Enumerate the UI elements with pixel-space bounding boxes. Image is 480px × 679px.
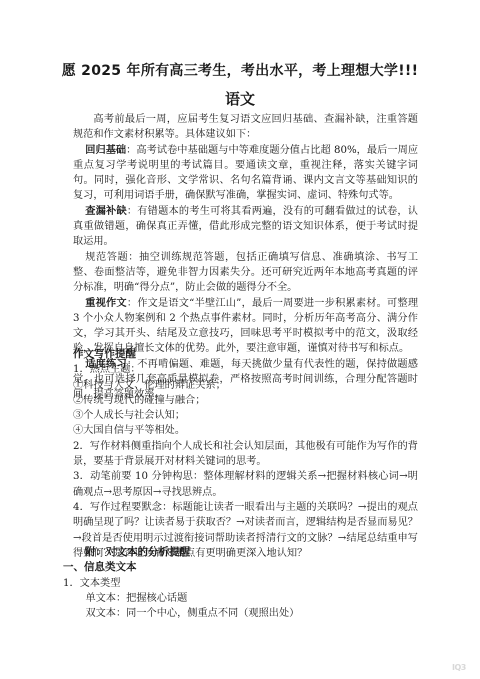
writing-item-2: 2．写作材料侧重指向个人成长和社会认知层面，其他极有可能作为写作的背景，要基于背…	[73, 439, 418, 470]
document-page: 愿 2025 年所有高三考生，考出水平，考上理想大学!!! 语文 高考前最后一周…	[0, 0, 480, 679]
appendix-section: 附：对文本的分析提醒 一、信息类文本 1．文本类型 单文本：把握核心话题 双文本…	[63, 545, 418, 621]
subject-title: 语文	[0, 88, 480, 109]
tip-label: 查漏补缺	[85, 206, 127, 217]
tip-label: 回归基础	[85, 145, 126, 156]
topic-item: ①科技与人文、伦理的辩证关系；	[73, 378, 418, 393]
tip-review-basics: 回归基础：高考试卷中基础题与中等难度题分值占比超 80%，最后一周应重点复习学考…	[73, 143, 418, 204]
writing-title: 作文写作提醒	[73, 347, 418, 362]
tip-label: 重视作文	[85, 298, 127, 309]
intro-paragraph: 高考前最后一周，应届考生复习语文应回归基础、查漏补缺，注重答题规范和作文素材积累…	[73, 112, 418, 143]
writing-reminders-section: 作文写作提醒 1．热点主题： ①科技与人文、伦理的辩证关系； ②传统与现代的碰撞…	[73, 347, 418, 561]
writing-item-3: 3．动笔前要 10 分钟构思：整体理解材料的逻辑关系→把握材料核心词→明确观点→…	[73, 469, 418, 500]
appendix-subheading: 1．文本类型	[63, 576, 418, 591]
tip-standard-answers: 规范答题：抽空训练规范答题，包括正确填写信息、准确填涂、书写工整、卷面整洁等，避…	[73, 250, 418, 296]
appendix-section-heading: 一、信息类文本	[63, 560, 418, 575]
appendix-line: 双文本：同一个中心，侧重点不同（观照出处）	[63, 606, 418, 621]
appendix-title: 附：对文本的分析提醒	[63, 545, 418, 560]
topic-item: ③个人成长与社会认知；	[73, 408, 418, 423]
tip-fill-gaps: 查漏补缺：有错题本的考生可将其看两遍，没有的可翻看做过的试卷，认真重做错题，确保…	[73, 204, 418, 250]
appendix-line: 单文本：把握核心话题	[63, 591, 418, 606]
writing-item-1: 1．热点主题：	[73, 362, 418, 377]
watermark-logo: IQ3	[452, 663, 466, 672]
topic-item: ②传统与现代的碰撞与融合；	[73, 393, 418, 408]
topic-item: ④大国自信与平等相处。	[73, 423, 418, 438]
headline: 愿 2025 年所有高三考生，考出水平，考上理想大学!!!	[0, 60, 480, 80]
tip-label: 规范答题	[85, 252, 128, 263]
